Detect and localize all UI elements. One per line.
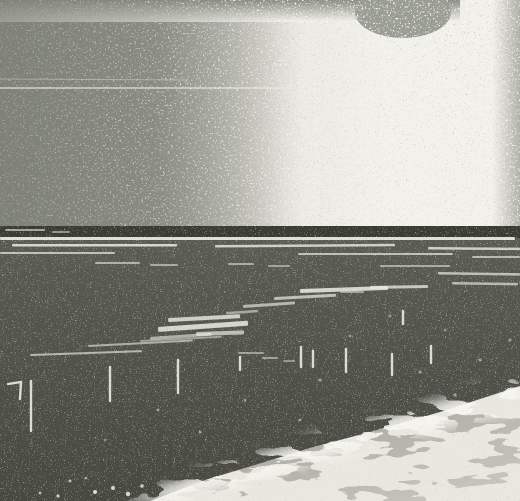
photo-canvas: Grainy monochrome photograph of a flat c… <box>0 0 520 501</box>
photo-frame: Grainy monochrome photograph of a flat c… <box>0 0 520 501</box>
grain-overlay <box>0 0 520 501</box>
